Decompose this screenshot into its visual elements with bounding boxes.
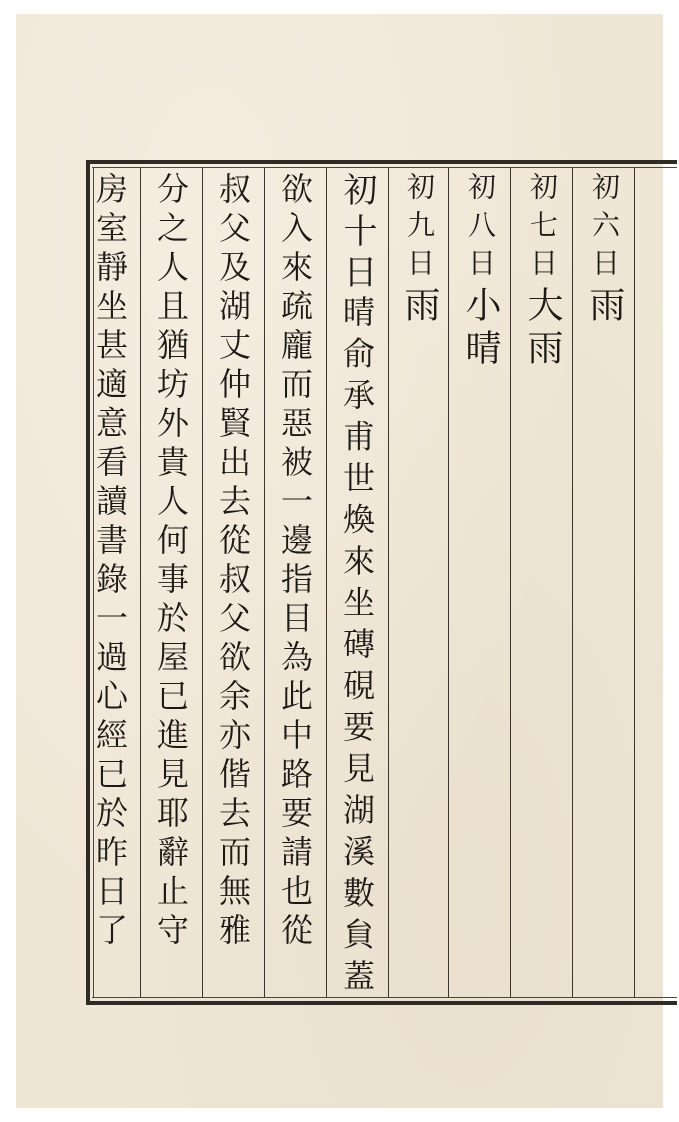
diary-entry-column: 初八日 小晴	[450, 172, 510, 994]
column-rule	[634, 168, 635, 997]
frame-bottom-border	[86, 1001, 677, 1005]
diary-entry-column: 初七日 大雨	[512, 172, 572, 994]
entry-weather: 雨	[389, 286, 449, 329]
diary-text-column: 房室靜坐甚適意看讀書錄一過心經已於昨日了	[80, 172, 140, 994]
diary-entry-column: 初六日 雨	[574, 172, 634, 994]
entry-text: 叔父及湖丈仲賢出去從叔父欲余亦偕去而無雅	[203, 172, 263, 952]
book-page: 初六日 雨 初七日 大雨 初八日 小晴 初九日 雨	[16, 14, 663, 1108]
entry-date: 初九日	[389, 172, 449, 286]
diary-entry-column: 初十日 晴俞承甫世煥來坐磚硯要見湖溪數貟蓋	[327, 172, 387, 994]
entry-date: 初七日	[512, 172, 572, 286]
frame-top-border	[86, 160, 677, 164]
entry-text: 欲入來疏龐而惡被一邊指目為此中路要請也從	[265, 172, 325, 952]
diary-entry-column: 初九日 雨	[389, 172, 449, 994]
diary-text-column: 欲入來疏龐而惡被一邊指目為此中路要請也從	[265, 172, 325, 994]
diary-text-column: 叔父及湖丈仲賢出去從叔父欲余亦偕去而無雅	[203, 172, 263, 994]
entry-text: 晴俞承甫世煥來坐磚硯要見湖溪數貟蓋	[327, 295, 387, 1001]
column-rule	[572, 168, 573, 997]
diary-text-column: 分之人且猶坊外貴人何事於屋已進見耶辭止守	[141, 172, 201, 994]
entry-text: 分之人且猶坊外貴人何事於屋已進見耶辭止守	[141, 172, 201, 952]
frame-top-inner-border	[92, 167, 677, 168]
entry-weather: 雨	[574, 286, 634, 329]
entry-date: 初八日	[450, 172, 510, 286]
entry-weather: 大雨	[512, 286, 572, 371]
column-rule	[510, 168, 511, 997]
entry-text: 房室靜坐甚適意看讀書錄一過心經已於昨日了	[80, 172, 140, 952]
entry-weather: 小晴	[450, 286, 510, 371]
entry-date: 初六日	[574, 172, 634, 286]
page-frame: 初六日 雨 初七日 大雨 初八日 小晴 初九日 雨	[86, 160, 677, 1005]
entry-date: 初十日	[327, 172, 387, 295]
